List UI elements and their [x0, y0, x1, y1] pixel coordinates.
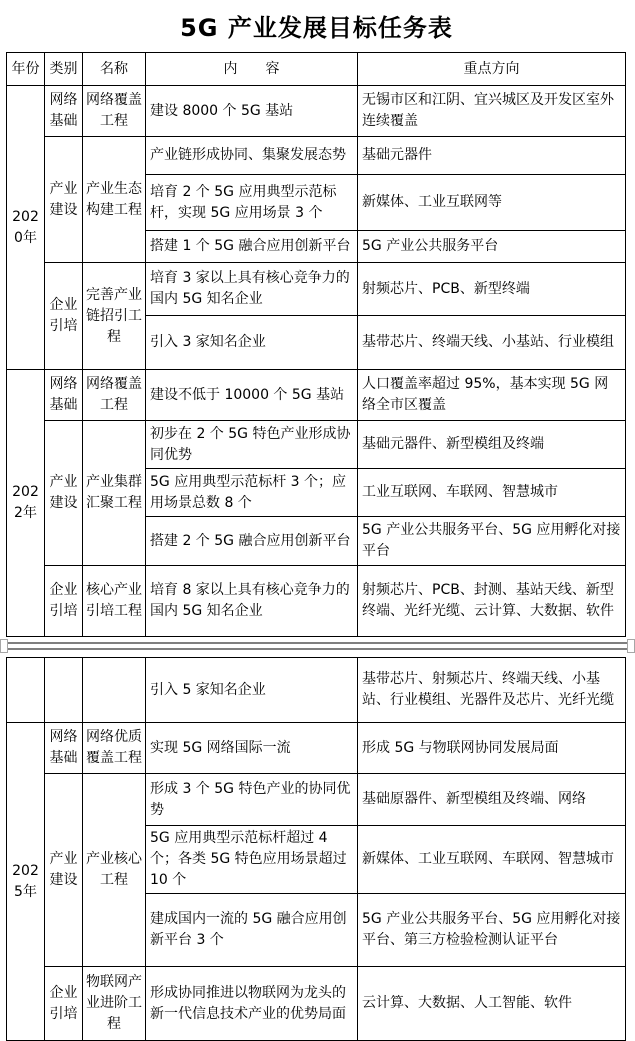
project-cell: 物联网产业进阶工程	[83, 967, 146, 1041]
col-header-content: 内 容	[146, 53, 358, 86]
table-row: 企业引培 完善产业链招引工程 培育 3 家以上具有核心竞争力的国内 5G 知名企…	[7, 263, 626, 316]
category-cell: 网络基础	[45, 370, 83, 421]
category-cell: 产业建设	[45, 421, 83, 566]
content-cell: 形成 3 个 5G 特色产业的协同优势	[146, 774, 358, 826]
direction-cell: 基础元器件、新型模组及终端	[358, 421, 626, 469]
task-table-page1: 年份 类别 名称 内 容 重点方向 2020年 网络基础 网络覆盖工程 建设 8…	[6, 52, 626, 637]
content-cell: 建设 8000 个 5G 基站	[146, 86, 358, 137]
content-cell: 形成协同推进以物联网为龙头的新一代信息技术产业的优势局面	[146, 967, 358, 1041]
direction-cell: 新媒体、工业互联网等	[358, 175, 626, 231]
category-cell: 企业引培	[45, 263, 83, 370]
direction-cell: 射频芯片、PCB、封测、基站天线、新型终端、光纤光缆、云计算、大数据、软件	[358, 566, 626, 637]
content-cell: 培育 3 家以上具有核心竞争力的国内 5G 知名企业	[146, 263, 358, 316]
category-cell: 网络基础	[45, 723, 83, 774]
table-row: 2022年 网络基础 网络覆盖工程 建设不低于 10000 个 5G 基站 人口…	[7, 370, 626, 421]
direction-cell: 5G 产业公共服务平台、5G 应用孵化对接平台	[358, 517, 626, 566]
project-cell: 完善产业链招引工程	[83, 263, 146, 370]
col-header-name: 名称	[83, 53, 146, 86]
table-row: 企业引培 物联网产业进阶工程 形成协同推进以物联网为龙头的新一代信息技术产业的优…	[7, 967, 626, 1041]
content-cell: 培育 8 家以上具有核心竞争力的国内 5G 知名企业	[146, 566, 358, 637]
direction-cell: 工业互联网、车联网、智慧城市	[358, 469, 626, 517]
content-cell: 建设不低于 10000 个 5G 基站	[146, 370, 358, 421]
col-header-category: 类别	[45, 53, 83, 86]
content-cell: 搭建 1 个 5G 融合应用创新平台	[146, 231, 358, 263]
project-cell: 网络优质覆盖工程	[83, 723, 146, 774]
content-cell: 产业链形成协同、集聚发展态势	[146, 137, 358, 175]
direction-cell: 5G 产业公共服务平台、5G 应用孵化对接平台、第三方检验检测认证平台	[358, 894, 626, 967]
direction-cell: 基带芯片、射频芯片、终端天线、小基站、行业模组、光器件及芯片、光纤光缆	[358, 658, 626, 723]
content-cell: 搭建 2 个 5G 融合应用创新平台	[146, 517, 358, 566]
project-cell: 核心产业引培工程	[83, 566, 146, 637]
category-cell: 产业建设	[45, 137, 83, 263]
direction-cell: 人口覆盖率超过 95%，基本实现 5G 网络全市区覆盖	[358, 370, 626, 421]
header-row: 年份 类别 名称 内 容 重点方向	[7, 53, 626, 86]
page-break-right-handle-icon	[627, 639, 635, 653]
content-cell: 引入 3 家知名企业	[146, 316, 358, 370]
table-row: 企业引培 核心产业引培工程 培育 8 家以上具有核心竞争力的国内 5G 知名企业…	[7, 566, 626, 637]
table-row: 2020年 网络基础 网络覆盖工程 建设 8000 个 5G 基站 无锡市区和江…	[7, 86, 626, 137]
page-break-divider	[0, 642, 635, 650]
project-cell: 网络覆盖工程	[83, 86, 146, 137]
task-table-page2: 引入 5 家知名企业 基带芯片、射频芯片、终端天线、小基站、行业模组、光器件及芯…	[6, 657, 626, 1041]
category-cell-continued	[45, 658, 83, 723]
table-row: 2025年 网络基础 网络优质覆盖工程 实现 5G 网络国际一流 形成 5G 与…	[7, 723, 626, 774]
direction-cell: 新媒体、工业互联网、车联网、智慧城市	[358, 826, 626, 894]
category-cell: 企业引培	[45, 967, 83, 1041]
direction-cell: 5G 产业公共服务平台	[358, 231, 626, 263]
year-cell-2025: 2025年	[7, 723, 45, 1041]
category-cell: 产业建设	[45, 774, 83, 967]
content-cell: 引入 5 家知名企业	[146, 658, 358, 723]
col-header-year: 年份	[7, 53, 45, 86]
table-row: 产业建设 产业集群汇聚工程 初步在 2 个 5G 特色产业形成协同优势 基础元器…	[7, 421, 626, 469]
content-cell: 5G 应用典型示范标杆 3 个；应用场景总数 8 个	[146, 469, 358, 517]
page-break-left-handle-icon	[0, 639, 8, 653]
content-cell: 建成国内一流的 5G 融合应用创新平台 3 个	[146, 894, 358, 967]
content-cell: 初步在 2 个 5G 特色产业形成协同优势	[146, 421, 358, 469]
project-cell: 产业生态构建工程	[83, 137, 146, 263]
category-cell: 企业引培	[45, 566, 83, 637]
table-row: 产业建设 产业生态构建工程 产业链形成协同、集聚发展态势 基础元器件	[7, 137, 626, 175]
direction-cell: 形成 5G 与物联网协同发展局面	[358, 723, 626, 774]
year-cell-2022: 2022年	[7, 370, 45, 637]
direction-cell: 射频芯片、PCB、新型终端	[358, 263, 626, 316]
direction-cell: 云计算、大数据、人工智能、软件	[358, 967, 626, 1041]
document-page: 5G 产业发展目标任务表 年份 类别 名称 内 容 重点方向 2020年 网络基…	[0, 0, 635, 1041]
page-title: 5G 产业发展目标任务表	[6, 8, 627, 43]
table-row: 引入 5 家知名企业 基带芯片、射频芯片、终端天线、小基站、行业模组、光器件及芯…	[7, 658, 626, 723]
direction-cell: 无锡市区和江阴、宜兴城区及开发区室外连续覆盖	[358, 86, 626, 137]
direction-cell: 基础元器件	[358, 137, 626, 175]
content-cell: 培育 2 个 5G 应用典型示范标杆，实现 5G 应用场景 3 个	[146, 175, 358, 231]
project-cell: 网络覆盖工程	[83, 370, 146, 421]
category-cell: 网络基础	[45, 86, 83, 137]
direction-cell: 基带芯片、终端天线、小基站、行业模组	[358, 316, 626, 370]
project-cell-continued	[83, 658, 146, 723]
content-cell: 实现 5G 网络国际一流	[146, 723, 358, 774]
content-cell: 5G 应用典型示范标杆超过 4 个；各类 5G 特色应用场景超过 10 个	[146, 826, 358, 894]
col-header-direction: 重点方向	[358, 53, 626, 86]
table-row: 产业建设 产业核心工程 形成 3 个 5G 特色产业的协同优势 基础原器件、新型…	[7, 774, 626, 826]
year-cell-continued	[7, 658, 45, 723]
project-cell: 产业核心工程	[83, 774, 146, 967]
year-cell-2020: 2020年	[7, 86, 45, 370]
direction-cell: 基础原器件、新型模组及终端、网络	[358, 774, 626, 826]
project-cell: 产业集群汇聚工程	[83, 421, 146, 566]
